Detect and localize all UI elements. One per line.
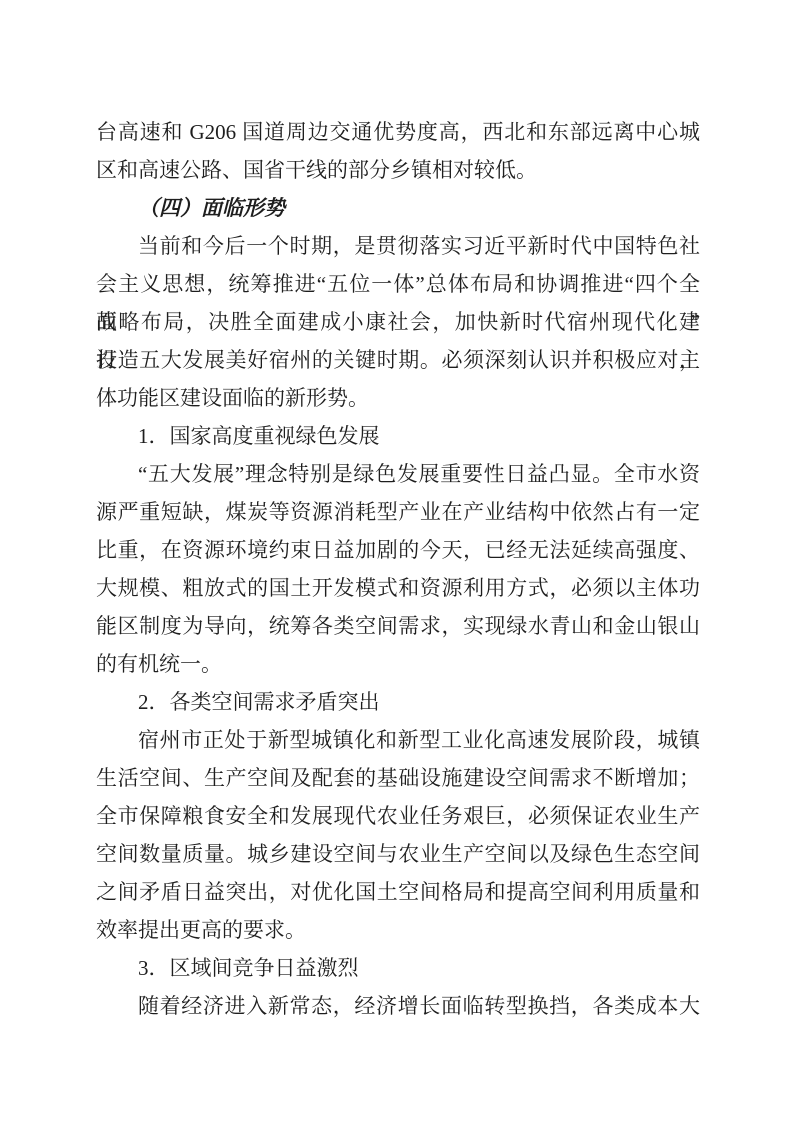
text-line: 的有机统一。 — [96, 645, 700, 683]
text-line: 全市保障粮食安全和发展现代农业任务艰巨，必须保证农业生产 — [96, 797, 700, 835]
text-line: 生活空间、生产空间及配套的基础设施建设空间需求不断增加； — [96, 759, 700, 797]
text-line: “五大发展”理念特别是绿色发展重要性日益凸显。全市水资 — [96, 455, 700, 493]
text-line: 当前和今后一个时期，是贯彻落实习近平新时代中国特色社 — [96, 227, 700, 265]
text-line: 随着经济进入新常态，经济增长面临转型换挡，各类成本大 — [96, 987, 700, 1025]
text-line: 体功能区建设面临的新形势。 — [96, 379, 700, 417]
text-line: 大规模、粗放式的国土开发模式和资源利用方式，必须以主体功 — [96, 569, 700, 607]
subheading-2-space-demand-conflict: 2．各类空间需求矛盾突出 — [96, 683, 700, 721]
text-line: 空间数量质量。城乡建设空间与农业生产空间以及绿色生态空间 — [96, 835, 700, 873]
text-line: 区和高速公路、国省干线的部分乡镇相对较低。 — [96, 151, 700, 189]
text-line: 会主义思想，统筹推进“五位一体”总体布局和协调推进“四个全面” — [96, 265, 700, 303]
document-page: 台高速和 G206 国道周边交通优势度高，西北和东部远离中心城区和高速公路、国省… — [0, 0, 793, 1122]
text-line: 打造五大发展美好宿州的关键时期。必须深刻认识并积极应对主 — [96, 341, 700, 379]
text-line: 台高速和 G206 国道周边交通优势度高，西北和东部远离中心城 — [96, 113, 700, 151]
text-line: 战略布局，决胜全面建成小康社会，加快新时代宿州现代化建设， — [96, 303, 700, 341]
document-body: 台高速和 G206 国道周边交通优势度高，西北和东部远离中心城区和高速公路、国省… — [96, 113, 700, 1025]
subheading-3-regional-competition: 3．区域间竞争日益激烈 — [96, 949, 700, 987]
text-line: 比重，在资源环境约束日益加剧的今天，已经无法延续高强度、 — [96, 531, 700, 569]
subheading-1-green-development: 1．国家高度重视绿色发展 — [96, 417, 700, 455]
text-line: 效率提出更高的要求。 — [96, 911, 700, 949]
section-heading-facing-situation: （四）面临形势 — [96, 189, 700, 227]
text-line: 能区制度为导向，统筹各类空间需求，实现绿水青山和金山银山 — [96, 607, 700, 645]
text-line: 源严重短缺，煤炭等资源消耗型产业在产业结构中依然占有一定 — [96, 493, 700, 531]
text-line: 之间矛盾日益突出，对优化国土空间格局和提高空间利用质量和 — [96, 873, 700, 911]
text-line: 宿州市正处于新型城镇化和新型工业化高速发展阶段，城镇 — [96, 721, 700, 759]
